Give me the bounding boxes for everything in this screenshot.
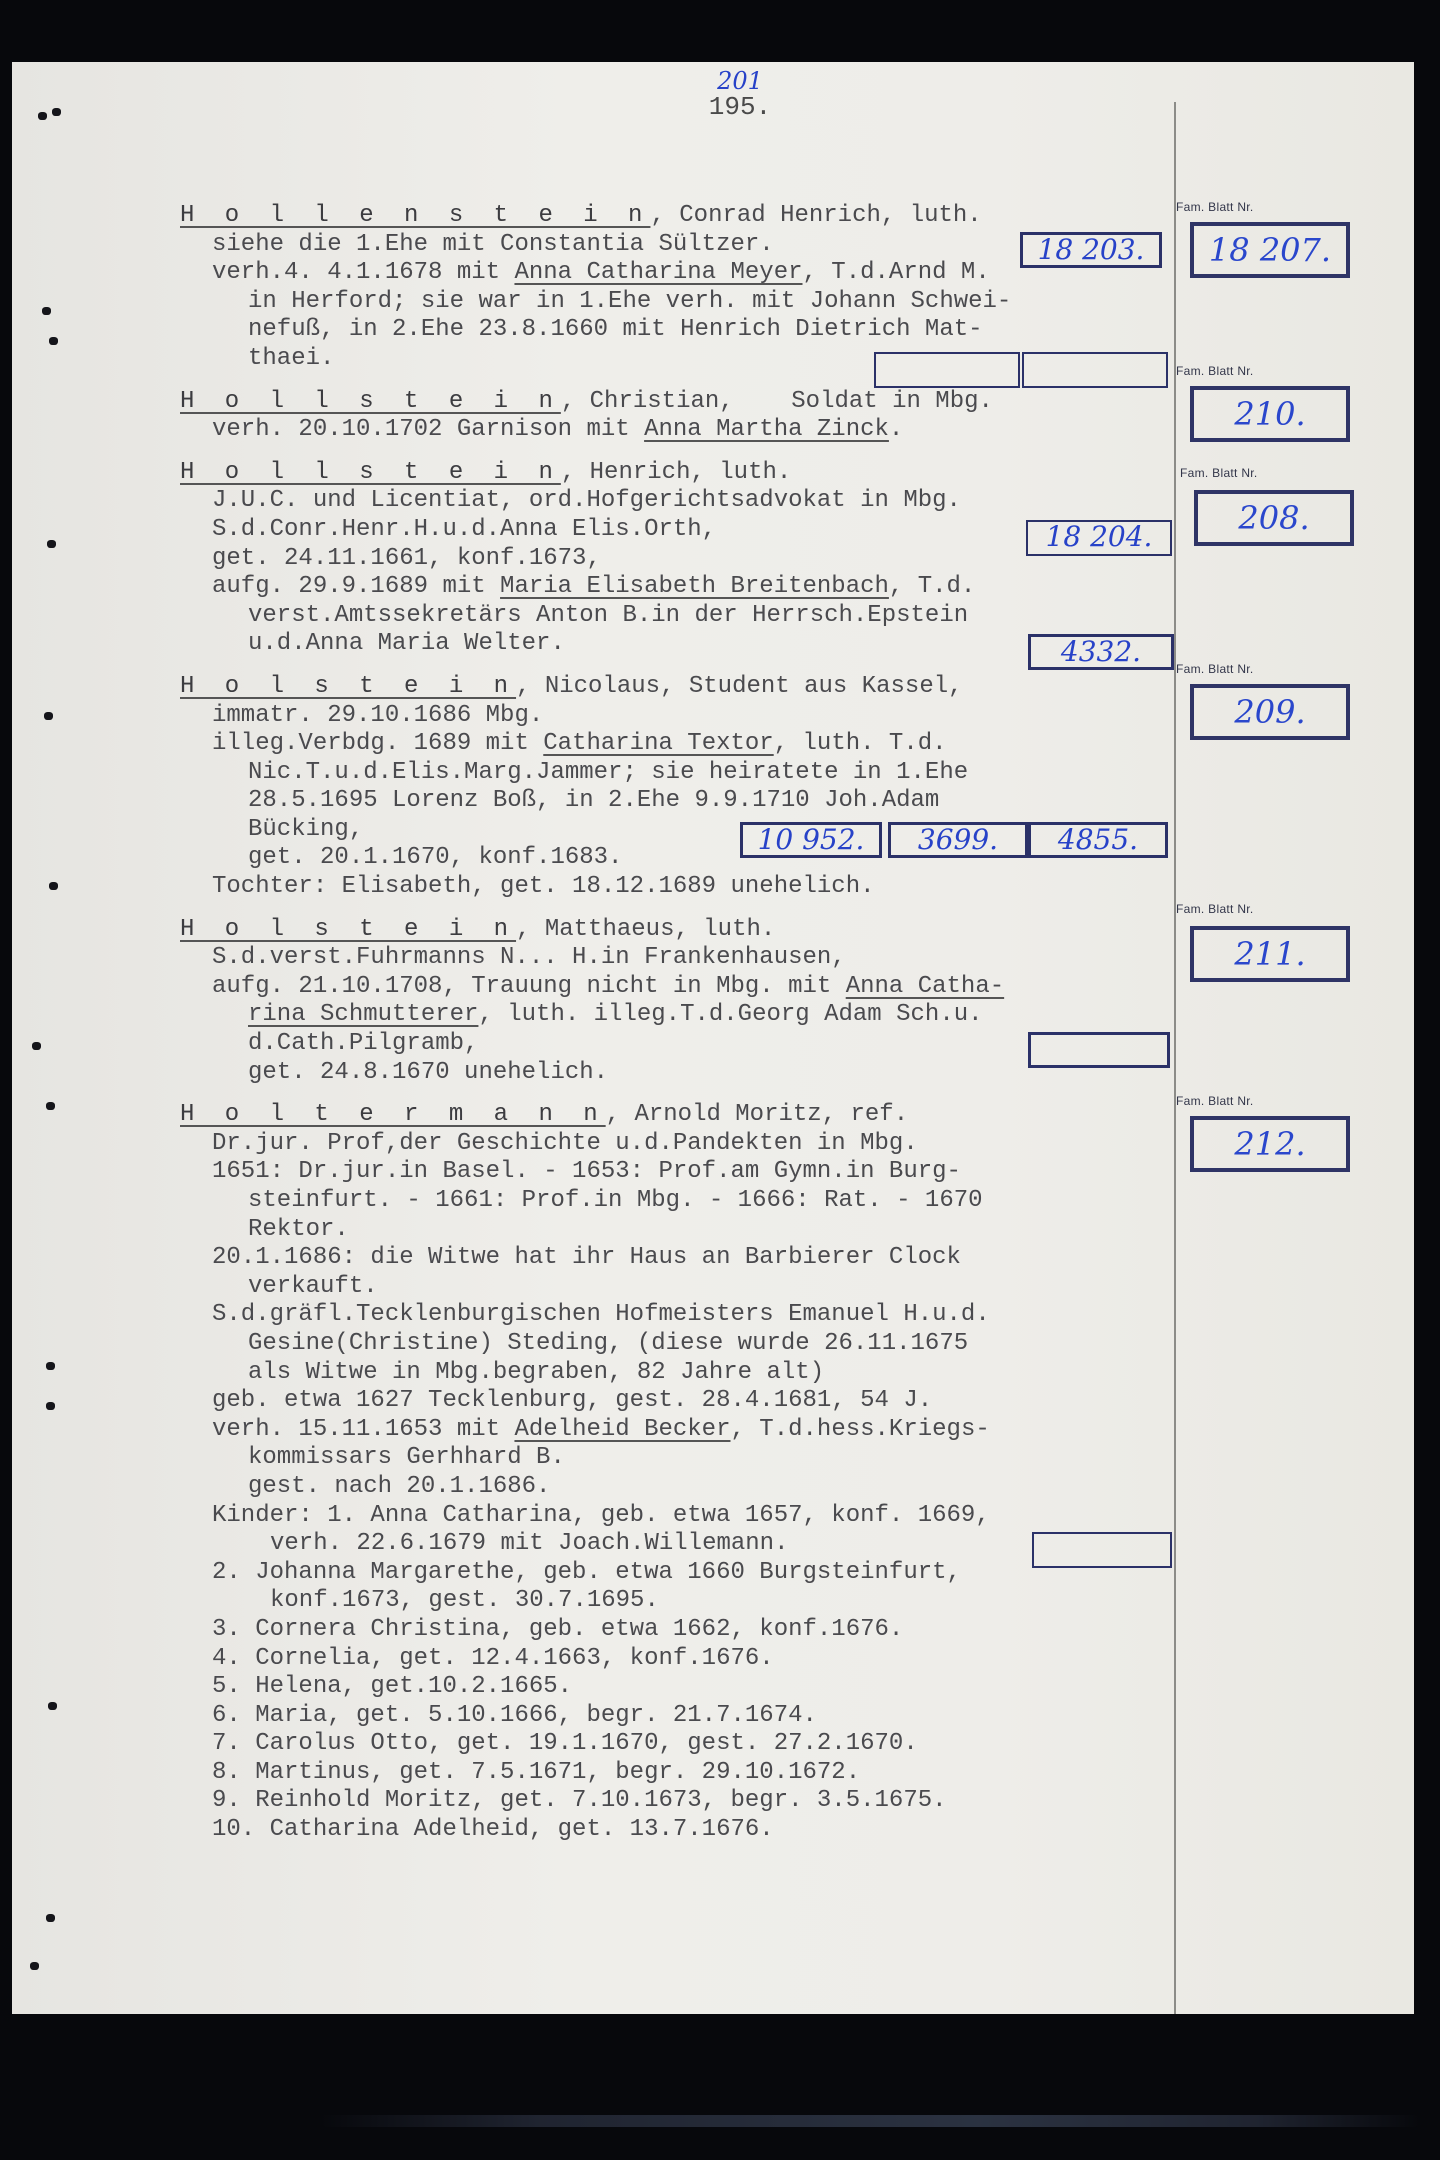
- punch-mark: [46, 1402, 55, 1410]
- entry-line: 4. Cornelia, get. 12.4.1663, konf.1676.: [180, 1645, 1180, 1674]
- fam-blatt-box: 18 207.: [1190, 222, 1350, 278]
- spouse-name: Anna Catha-: [846, 973, 1004, 1000]
- entry-line: illeg.Verbdg. 1689 mit Catharina Textor,…: [180, 730, 1180, 759]
- entry-line: Dr.jur. Prof,der Geschichte u.d.Pandekte…: [180, 1130, 1180, 1159]
- entry-line: geb. etwa 1627 Tecklenburg, gest. 28.4.1…: [180, 1387, 1180, 1416]
- entry-text: thaei.: [248, 345, 334, 372]
- fam-blatt-label: Fam. Blatt Nr.: [1176, 200, 1254, 214]
- fam-blatt-box: 208.: [1194, 490, 1354, 546]
- entry-text: get. 24.11.1661, konf.1673,: [212, 545, 601, 572]
- inline-ref-box-empty: [1022, 352, 1168, 388]
- entry-text: S.d.gräfl.Tecklenburgischen Hofmeisters …: [212, 1301, 990, 1328]
- entry-line: kommissars Gerhhard B.: [180, 1444, 1180, 1473]
- entry-text: J.U.C. und Licentiat, ord.Hofgerichtsadv…: [212, 487, 961, 514]
- punch-mark: [42, 307, 51, 315]
- punch-mark: [49, 882, 58, 890]
- punch-mark: [47, 540, 56, 548]
- entry-text: geb. etwa 1627 Tecklenburg, gest. 28.4.1…: [212, 1387, 932, 1414]
- entry-text: , Matthaeus, luth.: [516, 916, 775, 943]
- entry-text: 6. Maria, get. 5.10.1666, begr. 21.7.167…: [212, 1702, 817, 1729]
- scan-artifact: [320, 2115, 1420, 2127]
- entry-text: 1651: Dr.jur.in Basel. - 1653: Prof.am G…: [212, 1158, 961, 1185]
- page-number: 201 195.: [690, 68, 790, 120]
- spouse-name: Anna Catharina Meyer: [514, 259, 802, 286]
- entry-text: verh. 22.6.1679 mit Joach.Willemann.: [270, 1530, 788, 1557]
- surname: H o l l s t e i n: [180, 388, 561, 415]
- punch-mark: [46, 1102, 55, 1110]
- surname: H o l s t e i n: [180, 916, 516, 943]
- entry-heading: H o l t e r m a n n, Arnold Moritz, ref.: [180, 1101, 1180, 1130]
- entry-text: verh.4. 4.1.1678 mit: [212, 259, 514, 286]
- entry-text: Tochter: Elisabeth, get. 18.12.1689 uneh…: [212, 873, 875, 900]
- entry-line: verst.Amtssekretärs Anton B.in der Herrs…: [180, 602, 1180, 631]
- fam-blatt-box: 210.: [1190, 386, 1350, 442]
- entry-text: aufg. 29.9.1689 mit: [212, 573, 500, 600]
- entry-text: , T.d.hess.Kriegs-: [731, 1416, 990, 1443]
- entry-text: , Conrad Henrich, luth.: [650, 202, 981, 229]
- inline-ref-box: 18 203.: [1020, 232, 1162, 268]
- entry-line: aufg. 21.10.1708, Trauung nicht in Mbg. …: [180, 973, 1180, 1002]
- entry-line: 8. Martinus, get. 7.5.1671, begr. 29.10.…: [180, 1759, 1180, 1788]
- entry-text: 7. Carolus Otto, get. 19.1.1670, gest. 2…: [212, 1730, 918, 1757]
- entry-text: , luth. T.d.: [774, 730, 947, 757]
- entry-text: verh. 20.10.1702 Garnison mit: [212, 416, 644, 443]
- inline-ref-box: 10 952.: [740, 822, 882, 858]
- entry-line: verh. 20.10.1702 Garnison mit Anna Marth…: [180, 416, 1180, 445]
- entry-line: Nic.T.u.d.Elis.Marg.Jammer; sie heiratet…: [180, 759, 1180, 788]
- entry-text: steinfurt. - 1661: Prof.in Mbg. - 1666: …: [248, 1187, 983, 1214]
- surname: H o l l e n s t e i n: [180, 202, 650, 229]
- entry-text: illeg.Verbdg. 1689 mit: [212, 730, 543, 757]
- entry-line: immatr. 29.10.1686 Mbg.: [180, 702, 1180, 731]
- page-number-typed: 195.: [690, 94, 790, 120]
- entry-text: siehe die 1.Ehe mit Constantia Sültzer.: [212, 231, 774, 258]
- entry-line: 10. Catharina Adelheid, get. 13.7.1676.: [180, 1816, 1180, 1845]
- entry-heading: H o l l e n s t e i n, Conrad Henrich, l…: [180, 202, 1180, 231]
- fam-blatt-box: 209.: [1190, 684, 1350, 740]
- inline-ref-box: 4332.: [1028, 634, 1174, 670]
- punch-mark: [52, 108, 61, 116]
- fam-blatt-label: Fam. Blatt Nr.: [1180, 466, 1258, 480]
- entry-gap: [180, 445, 1180, 459]
- punch-mark: [46, 1914, 55, 1922]
- entry-text: Bücking,: [248, 816, 363, 843]
- entry-text: 4. Cornelia, get. 12.4.1663, konf.1676.: [212, 1645, 774, 1672]
- punch-mark: [46, 1362, 55, 1370]
- inline-ref-box: 18 204.: [1026, 520, 1172, 556]
- entry-text: 9. Reinhold Moritz, get. 7.10.1673, begr…: [212, 1787, 947, 1814]
- entry-text: immatr. 29.10.1686 Mbg.: [212, 702, 543, 729]
- page-number-handwritten: 201: [690, 68, 790, 94]
- entry-line: gest. nach 20.1.1686.: [180, 1473, 1180, 1502]
- entry-line: verkauft.: [180, 1273, 1180, 1302]
- entry-text: 8. Martinus, get. 7.5.1671, begr. 29.10.…: [212, 1759, 860, 1786]
- entry-line: 7. Carolus Otto, get. 19.1.1670, gest. 2…: [180, 1730, 1180, 1759]
- punch-mark: [30, 1962, 39, 1970]
- entry-line: 1651: Dr.jur.in Basel. - 1653: Prof.am G…: [180, 1158, 1180, 1187]
- entry-line: 28.5.1695 Lorenz Boß, in 2.Ehe 9.9.1710 …: [180, 787, 1180, 816]
- spouse-name: Catharina Textor: [543, 730, 773, 757]
- entry-text: 2. Johanna Margarethe, geb. etwa 1660 Bu…: [212, 1559, 961, 1586]
- entry-text: Gesine(Christine) Steding, (diese wurde …: [248, 1330, 968, 1357]
- fam-blatt-label: Fam. Blatt Nr.: [1176, 1094, 1254, 1108]
- fam-blatt-label: Fam. Blatt Nr.: [1176, 662, 1254, 676]
- fam-blatt-box: 212.: [1190, 1116, 1350, 1172]
- entry-line: verh. 15.11.1653 mit Adelheid Becker, T.…: [180, 1416, 1180, 1445]
- entry-text: gest. nach 20.1.1686.: [248, 1473, 550, 1500]
- entry-text: S.d.Conr.Henr.H.u.d.Anna Elis.Orth,: [212, 516, 716, 543]
- entry-text: konf.1673, gest. 30.7.1695.: [270, 1587, 659, 1614]
- entry-text: get. 24.8.1670 unehelich.: [248, 1059, 608, 1086]
- entry-text: 28.5.1695 Lorenz Boß, in 2.Ehe 9.9.1710 …: [248, 787, 939, 814]
- typewritten-body: H o l l e n s t e i n, Conrad Henrich, l…: [180, 202, 1180, 1845]
- punch-mark: [32, 1042, 41, 1050]
- entry-text: Nic.T.u.d.Elis.Marg.Jammer; sie heiratet…: [248, 759, 968, 786]
- surname: H o l s t e i n: [180, 673, 516, 700]
- entry-text: aufg. 21.10.1708, Trauung nicht in Mbg. …: [212, 973, 846, 1000]
- inline-ref-box: 3699.: [888, 822, 1028, 858]
- fam-blatt-label: Fam. Blatt Nr.: [1176, 902, 1254, 916]
- surname: H o l l s t e i n: [180, 459, 561, 486]
- entry-heading: H o l s t e i n, Nicolaus, Student aus K…: [180, 673, 1180, 702]
- entry-line: steinfurt. - 1661: Prof.in Mbg. - 1666: …: [180, 1187, 1180, 1216]
- entry-text: in Herford; sie war in 1.Ehe verh. mit J…: [248, 288, 1011, 315]
- entry-heading: H o l l s t e i n, Christian, Soldat in …: [180, 388, 1180, 417]
- inline-ref-box-empty: [874, 352, 1020, 388]
- entry-text: get. 20.1.1670, konf.1683.: [248, 844, 622, 871]
- entry-text: Kinder: 1. Anna Catharina, geb. etwa 165…: [212, 1502, 990, 1529]
- entry-line: J.U.C. und Licentiat, ord.Hofgerichtsadv…: [180, 487, 1180, 516]
- fam-blatt-box: 211.: [1190, 926, 1350, 982]
- entry-gap: [180, 1087, 1180, 1101]
- entry-text: 5. Helena, get.10.2.1665.: [212, 1673, 572, 1700]
- entry-heading: H o l l s t e i n, Henrich, luth.: [180, 459, 1180, 488]
- entry-heading: H o l s t e i n, Matthaeus, luth.: [180, 916, 1180, 945]
- entry-line: Tochter: Elisabeth, get. 18.12.1689 uneh…: [180, 873, 1180, 902]
- entry-text: , T.d.: [889, 573, 975, 600]
- entry-text: 20.1.1686: die Witwe hat ihr Haus an Bar…: [212, 1244, 961, 1271]
- document-page: 201 195. H o l l e n s t e i n, Conrad H…: [12, 62, 1414, 2014]
- inline-ref-box: 4855.: [1028, 822, 1168, 858]
- entry-text: S.d.verst.Fuhrmanns N... H.in Frankenhau…: [212, 944, 846, 971]
- entry-text: 3. Cornera Christina, geb. etwa 1662, ko…: [212, 1616, 903, 1643]
- spouse-name: Adelheid Becker: [514, 1416, 730, 1443]
- entry-text: Dr.jur. Prof,der Geschichte u.d.Pandekte…: [212, 1130, 918, 1157]
- entry-line: als Witwe in Mbg.begraben, 82 Jahre alt): [180, 1359, 1180, 1388]
- entry-text: , Arnold Moritz, ref.: [606, 1101, 908, 1128]
- entry-text: u.d.Anna Maria Welter.: [248, 630, 565, 657]
- entry-text: verh. 15.11.1653 mit: [212, 1416, 514, 1443]
- entry-line: 3. Cornera Christina, geb. etwa 1662, ko…: [180, 1616, 1180, 1645]
- entry-line: S.d.gräfl.Tecklenburgischen Hofmeisters …: [180, 1301, 1180, 1330]
- entry-line: Gesine(Christine) Steding, (diese wurde …: [180, 1330, 1180, 1359]
- entry-text: , T.d.Arnd M.: [803, 259, 990, 286]
- fam-blatt-label: Fam. Blatt Nr.: [1176, 364, 1254, 378]
- entry-line: Kinder: 1. Anna Catharina, geb. etwa 165…: [180, 1502, 1180, 1531]
- entry-line: 6. Maria, get. 5.10.1666, begr. 21.7.167…: [180, 1702, 1180, 1731]
- entry-text: , luth. illeg.T.d.Georg Adam Sch.u.: [478, 1001, 982, 1028]
- entry-text: verkauft.: [248, 1273, 378, 1300]
- entry-text: , Christian, Soldat in Mbg.: [561, 388, 993, 415]
- punch-mark: [48, 1702, 57, 1710]
- entry-text: verst.Amtssekretärs Anton B.in der Herrs…: [248, 602, 968, 629]
- entry-text: d.Cath.Pilgramb,: [248, 1030, 478, 1057]
- spouse-name: rina Schmutterer: [248, 1001, 478, 1028]
- entry-line: aufg. 29.9.1689 mit Maria Elisabeth Brei…: [180, 573, 1180, 602]
- entry-line: 20.1.1686: die Witwe hat ihr Haus an Bar…: [180, 1244, 1180, 1273]
- punch-mark: [49, 337, 58, 345]
- entry-text: .: [889, 416, 903, 443]
- spouse-name: Maria Elisabeth Breitenbach: [500, 573, 889, 600]
- inline-ref-box-empty: [1028, 1032, 1170, 1068]
- inline-ref-box-empty: [1032, 1532, 1172, 1568]
- entry-gap: [180, 902, 1180, 916]
- surname: H o l t e r m a n n: [180, 1101, 606, 1128]
- entry-line: in Herford; sie war in 1.Ehe verh. mit J…: [180, 288, 1180, 317]
- scan-background: [0, 2014, 1440, 2160]
- entry-line: verh. 22.6.1679 mit Joach.Willemann.: [180, 1530, 1180, 1559]
- entry-line: konf.1673, gest. 30.7.1695.: [180, 1587, 1180, 1616]
- entry-text: , Nicolaus, Student aus Kassel,: [516, 673, 962, 700]
- punch-mark: [44, 712, 53, 720]
- entry-line: nefuß, in 2.Ehe 23.8.1660 mit Henrich Di…: [180, 316, 1180, 345]
- entry-text: als Witwe in Mbg.begraben, 82 Jahre alt): [248, 1359, 824, 1386]
- punch-mark: [38, 112, 47, 120]
- entry-line: rina Schmutterer, luth. illeg.T.d.Georg …: [180, 1001, 1180, 1030]
- entry-text: Rektor.: [248, 1216, 349, 1243]
- entry-text: nefuß, in 2.Ehe 23.8.1660 mit Henrich Di…: [248, 316, 983, 343]
- entry-line: S.d.verst.Fuhrmanns N... H.in Frankenhau…: [180, 944, 1180, 973]
- entry-text: , Henrich, luth.: [561, 459, 791, 486]
- spouse-name: Anna Martha Zinck: [644, 416, 889, 443]
- entry-text: kommissars Gerhhard B.: [248, 1444, 565, 1471]
- entry-line: 9. Reinhold Moritz, get. 7.10.1673, begr…: [180, 1787, 1180, 1816]
- entry-text: 10. Catharina Adelheid, get. 13.7.1676.: [212, 1816, 774, 1843]
- entry-line: 2. Johanna Margarethe, geb. etwa 1660 Bu…: [180, 1559, 1180, 1588]
- entry-line: 5. Helena, get.10.2.1665.: [180, 1673, 1180, 1702]
- entry-line: Rektor.: [180, 1216, 1180, 1245]
